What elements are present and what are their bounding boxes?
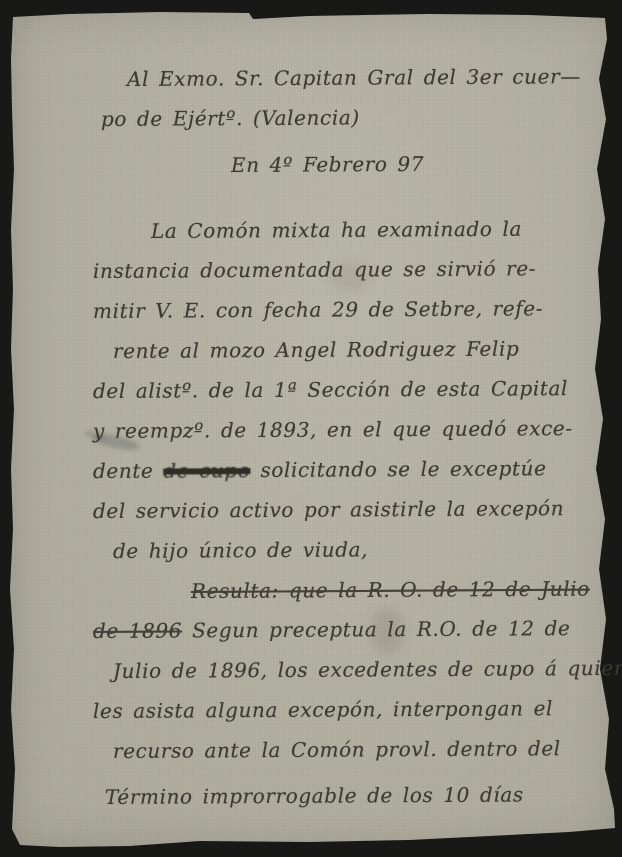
handwritten-text: instancia documentada que se sirvió re- (93, 256, 536, 283)
manuscript-line: Término improrrogable de los 10 días (105, 776, 616, 819)
handwritten-text: del alistº. de la 1ª Sección de esta Cap… (93, 376, 568, 403)
manuscript-line: mitir V. E. con fecha 29 de Setbre, refe… (93, 290, 616, 333)
struck-handwritten-text: Resulta: que la R. O. de 12 de Julio (191, 577, 590, 603)
handwritten-text: mitir V. E. con fecha 29 de Setbre, refe… (93, 296, 543, 323)
manuscript-line: dente de cupo solicitando se le exceptúe (93, 450, 616, 493)
manuscript-line: de 1896 Segun preceptua la R.O. de 12 de (93, 610, 616, 653)
manuscript-line: En 4º Febrero 97 (231, 145, 616, 187)
handwritten-text: po de Ejértº. (Valencia) (101, 105, 360, 131)
handwritten-text: les asista alguna excepón, interpongan e… (93, 696, 553, 723)
manuscript-line: po de Ejértº. (Valencia) (101, 98, 616, 141)
handwritten-text: y reempzº. de 1893, en el que quedó exce… (93, 416, 573, 443)
handwritten-text: Al Exmo. Sr. Capitan Gral del 3er cuer— (127, 64, 581, 91)
photographed-document: Al Exmo. Sr. Capitan Gral del 3er cuer—p… (0, 0, 622, 857)
struck-handwritten-text: de cupo (163, 458, 250, 483)
handwritten-text: rente al mozo Angel Rodriguez Felip (113, 337, 519, 363)
manuscript-line: y reempzº. de 1893, en el que quedó exce… (93, 410, 616, 453)
manuscript-line: Al Exmo. Sr. Capitan Gral del 3er cuer— (127, 58, 616, 101)
handwritten-text: Julio de 1896, los excedentes de cupo á … (113, 656, 622, 683)
handwritten-text: de hijo único de viuda, (113, 537, 368, 563)
manuscript-line: instancia documentada que se sirvió re- (93, 250, 616, 293)
handwritten-text: recurso ante la Comón provl. dentro del (113, 736, 561, 763)
handwritten-text: En 4º Febrero 97 (231, 152, 424, 177)
manuscript-line: del alistº. de la 1ª Sección de esta Cap… (93, 370, 616, 413)
manuscript-line: de hijo único de viuda, (113, 530, 616, 573)
handwritten-text: Segun preceptua la R.O. de 12 de (182, 616, 570, 642)
manuscript-line: La Comón mixta ha examinado la (151, 210, 616, 253)
handwritten-text: solicitando se le exceptúe (250, 456, 546, 482)
manuscript-line: Julio de 1896, los excedentes de cupo á … (113, 650, 616, 693)
handwritten-text: del servicio activo por asistirle la exc… (93, 496, 564, 523)
handwritten-text: La Comón mixta ha examinado la (151, 217, 522, 243)
manuscript-lines: Al Exmo. Sr. Capitan Gral del 3er cuer—p… (9, 9, 616, 849)
manuscript-line: Resulta: que la R. O. de 12 de Julio (191, 570, 616, 613)
manuscript-line: del servicio activo por asistirle la exc… (93, 490, 616, 533)
struck-handwritten-text: de 1896 (93, 618, 182, 643)
manuscript-line: les asista alguna excepón, interpongan e… (93, 690, 616, 733)
handwritten-text: dente (93, 459, 164, 483)
manuscript-line: recurso ante la Comón provl. dentro del (113, 730, 616, 773)
manuscript-line: rente al mozo Angel Rodriguez Felip (113, 330, 616, 373)
handwritten-text: Término improrrogable de los 10 días (105, 782, 524, 809)
